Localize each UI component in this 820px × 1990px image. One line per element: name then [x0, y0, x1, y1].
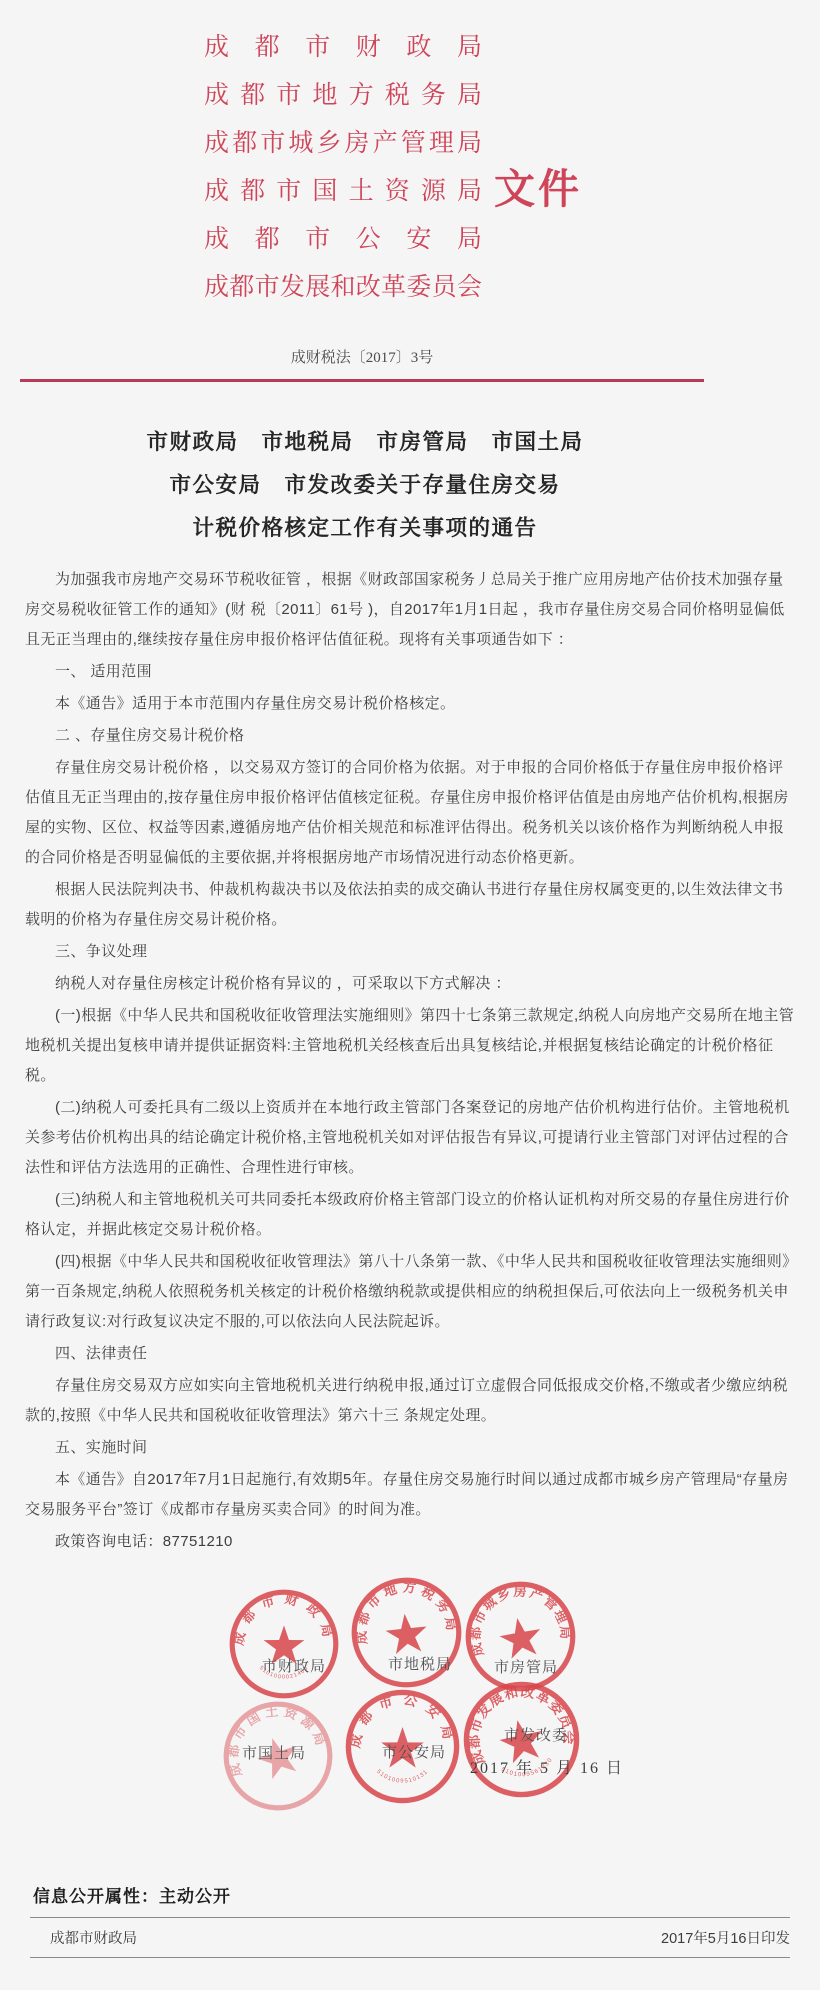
footer-divider-top — [30, 1917, 790, 1918]
body-paragraph: 政策咨询电话：87751210 — [25, 1527, 795, 1557]
title-line: 市公安局 市发改委关于存量住房交易 — [20, 464, 710, 507]
document-title: 市财政局 市地税局 市房管局 市国土局 市公安局 市发改委关于存量住房交易 计税… — [20, 421, 710, 550]
seal-star-icon — [253, 1732, 304, 1782]
letterhead-departments: 成都市财政局 成都市地方税务局 成都市城乡房产管理局 成都市国土资源局 成都市公… — [204, 34, 482, 322]
seal-star-icon — [496, 1716, 547, 1765]
seal-ring — [213, 1691, 344, 1822]
department-name: 成都市城乡房产管理局 — [204, 130, 482, 157]
svg-text:成都市城乡房产管理局: 成都市城乡房产管理局 — [458, 1574, 575, 1659]
seal-graphic: 成都市城乡房产管理局 — [455, 1571, 586, 1702]
official-seal-local-tax-bureau: 成都市地方税务局 — [344, 1570, 468, 1694]
svg-text:成都市地方税务局: 成都市地方税务局 — [347, 1573, 459, 1645]
document-body: 为加强我市房地产交易环节税收征管 ，根据《财政部国家税务丿总局关于推广应用房地产… — [25, 563, 795, 1559]
footer-issuer: 成都市财政局 — [50, 1927, 137, 1948]
svg-text:5101009510131: 5101009510131 — [375, 1769, 429, 1785]
footer-row: 成都市财政局 2017年5月16日印发 — [30, 1927, 790, 1948]
seal-ring — [349, 1575, 464, 1690]
department-name: 成都市国土资源局 — [204, 178, 482, 205]
section-heading: 四、法律责任 — [25, 1339, 795, 1369]
department-name: 成都市财政局 — [204, 34, 482, 61]
svg-text:成都市国土资源局: 成都市国土资源局 — [212, 1690, 330, 1780]
official-seal-development-reform-commission: 成都市发展和改革委员会 5101009561830 — [451, 1669, 592, 1810]
svg-text:5101000021469: 5101000021469 — [258, 1665, 310, 1680]
seal-graphic: 成都市地方税务局 — [344, 1570, 468, 1694]
body-paragraph: 存量住房交易双方应如实向主管地税机关进行纳税申报,通过订立虚假合同低报成交价格,… — [25, 1371, 795, 1431]
body-paragraph: 根据人民法院判决书、仲裁机构裁决书以及依法拍卖的成交确认书进行存量住房权属变更的… — [25, 875, 795, 935]
document-page: 成都市财政局 成都市地方税务局 成都市城乡房产管理局 成都市国土资源局 成都市公… — [0, 0, 820, 1990]
department-name: 成都市发展和改革委员会 — [204, 274, 482, 301]
section-heading: 三、争议处理 — [25, 937, 795, 967]
signature-label-finance: 市财政局 — [262, 1655, 326, 1676]
section-heading: 一、 适用范围 — [25, 657, 795, 687]
body-paragraph: (一)根据《中华人民共和国税收征收管理法实施细则》第四十七条第三款规定,纳税人向… — [25, 1001, 795, 1091]
section-heading: 二 、存量住房交易计税价格 — [25, 721, 795, 751]
footer-divider-bottom — [30, 1957, 790, 1958]
seal-star-icon — [384, 1612, 429, 1655]
seal-graphic: 成都市国土资源局 — [207, 1685, 348, 1826]
body-paragraph: 存量住房交易计税价格 ，以交易双方签订的合同价格为依据。对于申报的合同价格低于存… — [25, 753, 795, 873]
signature-date: 2017 年 5 月 16 日 — [470, 1755, 624, 1778]
title-line: 市财政局 市地税局 市房管局 市国土局 — [20, 421, 710, 464]
title-line: 计税价格核定工作有关事项的通告 — [20, 507, 710, 550]
seal-ring — [456, 1674, 587, 1805]
body-paragraph: (三)纳税人和主管地税机关可共同委托本级政府价格主管部门设立的价格认证机构对所交… — [25, 1185, 795, 1245]
seal-star-icon — [381, 1727, 424, 1768]
body-paragraph: (二)纳税人可委托具有二级以上资质并在本地行政主管部门各案登记的房地产估价机构进… — [25, 1093, 795, 1183]
signature-label-land: 市国土局 — [242, 1742, 306, 1763]
seal-ring — [348, 1692, 456, 1800]
signature-label-tax: 市地税局 — [388, 1653, 452, 1674]
signature-label-police: 市公安局 — [382, 1741, 446, 1762]
svg-text:成都市财政局: 成都市财政局 — [231, 1591, 338, 1647]
seal-ring — [460, 1576, 581, 1697]
svg-text:成都市公安局: 成都市公安局 — [346, 1690, 457, 1749]
body-paragraph: 为加强我市房地产交易环节税收征管 ，根据《财政部国家税务丿总局关于推广应用房地产… — [25, 565, 795, 655]
seal-star-icon — [264, 1625, 305, 1664]
seal-ring — [232, 1592, 336, 1696]
official-seal-finance-bureau: 成都市财政局 5101000021469 — [228, 1588, 340, 1700]
seal-graphic: 成都市发展和改革委员会 5101009561830 — [451, 1669, 592, 1810]
letterhead-divider — [20, 379, 704, 382]
svg-text:5101009561830: 5101009561830 — [499, 1756, 557, 1783]
footer-print-date: 2017年5月16日印发 — [661, 1927, 790, 1948]
document-type-label: 文件 — [494, 156, 582, 215]
body-paragraph: (四)根据《中华人民共和国税收征收管理法》第八十八条第一款、《中华人民共和国税收… — [25, 1247, 795, 1337]
body-paragraph: 本《通告》自2017年7月1日起施行,有效期5年。存量住房交易施行时间以通过成都… — [25, 1465, 795, 1525]
official-seal-housing-bureau: 成都市城乡房产管理局 — [455, 1571, 586, 1702]
department-name: 成都市公安局 — [204, 226, 482, 253]
official-seal-land-bureau: 成都市国土资源局 — [207, 1685, 348, 1826]
official-seal-public-security-bureau: 成都市公安局 5101009510131 — [344, 1688, 461, 1805]
department-name: 成都市地方税务局 — [204, 82, 482, 109]
signature-label-housing: 市房管局 — [494, 1656, 558, 1677]
seal-graphic: 成都市财政局 5101000021469 — [228, 1588, 340, 1700]
body-paragraph: 本《通告》适用于本市范围内存量住房交易计税价格核定。 — [25, 689, 795, 719]
section-heading: 五、实施时间 — [25, 1433, 795, 1463]
body-paragraph: 纳税人对存量住房核定计税价格有异议的 ，可采取以下方式解决 ： — [25, 969, 795, 999]
signature-label-reform: 市发改委 — [504, 1724, 568, 1745]
seal-graphic: 成都市公安局 5101009510131 — [344, 1688, 461, 1805]
svg-text:成都市发展和改革委员会: 成都市发展和改革委员会 — [455, 1673, 580, 1767]
publicity-attribute: 信息公开属性：主动公开 — [33, 1882, 231, 1907]
document-number: 成财税法〔2017〕3号 — [0, 346, 724, 367]
seal-star-icon — [497, 1614, 544, 1660]
